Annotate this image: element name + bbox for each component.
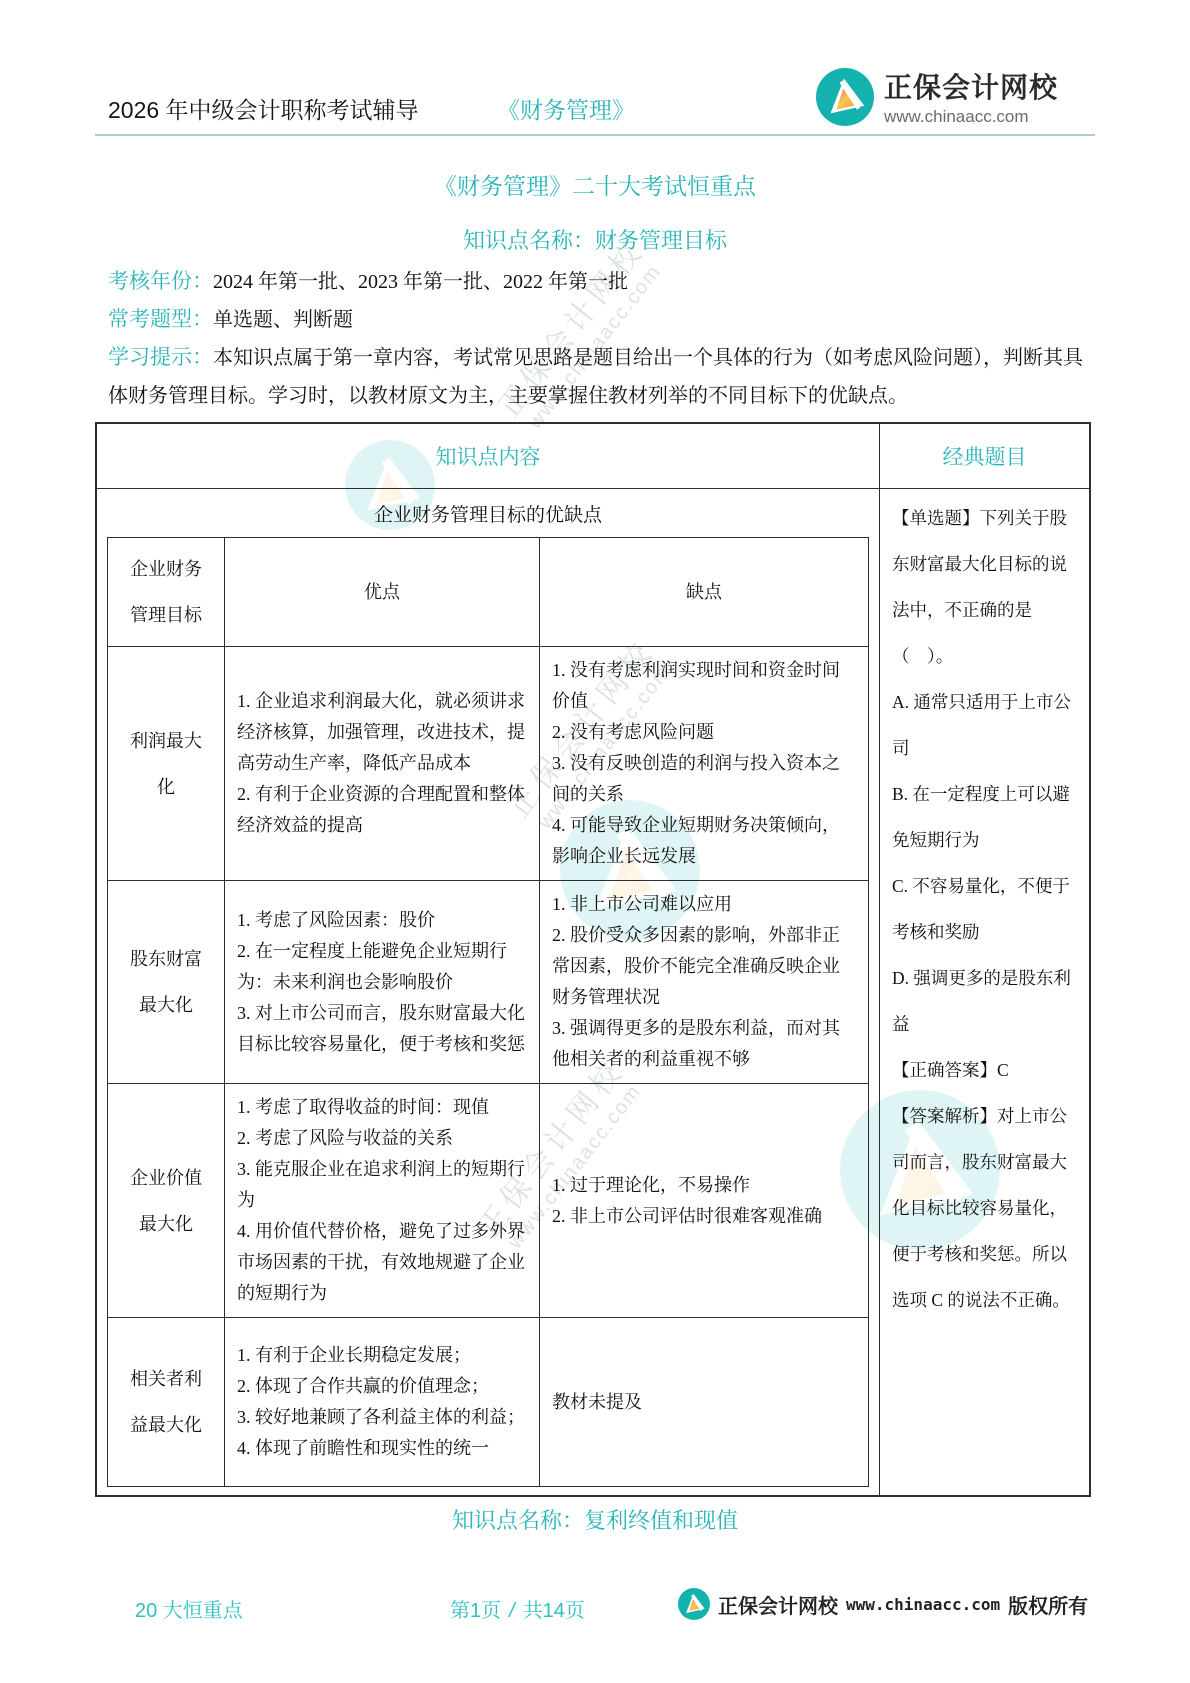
col-header-pros: 优点	[225, 538, 540, 647]
column-header-content: 知识点内容	[97, 424, 880, 489]
knowledge-point-heading-2: 知识点名称：复利终值和现值	[0, 1504, 1190, 1535]
goal-cell: 股东财富最大化	[108, 881, 225, 1084]
column-header-question: 经典题目	[880, 424, 1089, 489]
col-header-cons: 缺点	[540, 538, 868, 647]
content-title: 企业财务管理目标的优缺点	[97, 489, 879, 537]
question-cell: 【单选题】下列关于股东财富最大化目标的说法中，不正确的是（ ）。 A. 通常只适…	[880, 489, 1089, 1495]
meta-study-tip-label: 学习提示：	[108, 346, 213, 369]
meta-block: 考核年份：2024 年第一批、2023 年第一批、2022 年第一批 常考题型：…	[108, 263, 1093, 415]
doc-title: 《财务管理》二十大考试恒重点	[0, 168, 1190, 201]
header-divider	[95, 134, 1095, 136]
footer-brand-url: www.chinaacc.com	[846, 1595, 1000, 1614]
knowledge-point-table: 知识点内容 经典题目 企业财务管理目标的优缺点 企业财务管理目标 优点 缺点 利…	[95, 422, 1091, 1497]
knowledge-point-heading-1: 知识点名称：财务管理目标	[0, 224, 1190, 255]
pros-cell: 1. 考虑了风险因素：股价 2. 在一定程度上能避免企业短期行为：未来利润也会影…	[225, 881, 540, 1084]
goal-cell: 企业价值最大化	[108, 1084, 225, 1318]
meta-study-tip-value: 本知识点属于第一章内容，考试常见思路是题目给出一个具体的行为（如考虑风险问题），…	[108, 347, 1083, 407]
goal-cell: 相关者利益最大化	[108, 1318, 225, 1486]
cons-cell: 1. 过于理论化，不易操作 2. 非上市公司评估时很难客观准确	[540, 1084, 868, 1318]
cons-cell: 教材未提及	[540, 1318, 868, 1486]
footer-brand: 正保会计网校 www.chinaacc.com 版权所有	[678, 1588, 1088, 1620]
meta-question-types: 常考题型：单选题、判断题	[108, 301, 1093, 339]
header-subject: 《财务管理》	[497, 92, 635, 125]
cons-cell: 1. 非上市公司难以应用 2. 股价受众多因素的影响，外部非正常因素，股价不能完…	[540, 881, 868, 1084]
pros-cell: 1. 考虑了取得收益的时间：现值 2. 考虑了风险与收益的关系 3. 能克服企业…	[225, 1084, 540, 1318]
header-brand: 正保会计网校 www.chinaacc.com	[816, 66, 1058, 127]
footer-brand-name: 正保会计网校	[718, 1590, 838, 1619]
goal-cell: 利润最大化	[108, 647, 225, 881]
footer-page-separator: /	[501, 1600, 523, 1622]
footer-page-indicator: 第1页/共14页	[450, 1594, 585, 1623]
pros-cell: 1. 企业追求利润最大化，就必须讲求经济核算，加强管理，改进技术，提高劳动生产率…	[225, 647, 540, 881]
pros-cons-table: 企业财务管理目标 优点 缺点 利润最大化 1. 企业追求利润最大化，就必须讲求经…	[107, 537, 869, 1487]
brand-logo-icon	[816, 68, 874, 126]
brand-logo-icon	[678, 1588, 710, 1620]
document-page: 正保会计网校www.chinaacc.com 正保会计网校www.chinaac…	[0, 0, 1190, 1683]
footer-rights: 版权所有	[1008, 1590, 1088, 1619]
meta-study-tip: 学习提示：本知识点属于第一章内容，考试常见思路是题目给出一个具体的行为（如考虑风…	[108, 339, 1093, 415]
footer-page-current: 第1页	[450, 1600, 501, 1622]
footer: 20 大恒重点 第1页/共14页 正保会计网校 www.chinaacc.com…	[0, 1588, 1190, 1628]
meta-exam-years: 考核年份：2024 年第一批、2023 年第一批、2022 年第一批	[108, 263, 1093, 301]
meta-question-types-value: 单选题、判断题	[213, 309, 353, 331]
meta-exam-years-value: 2024 年第一批、2023 年第一批、2022 年第一批	[213, 271, 628, 293]
pros-cell: 1. 有利于企业长期稳定发展； 2. 体现了合作共赢的价值理念； 3. 较好地兼…	[225, 1318, 540, 1486]
brand-url: www.chinaacc.com	[884, 107, 1058, 127]
meta-question-types-label: 常考题型：	[108, 308, 213, 331]
cons-cell: 1. 没有考虑利润实现时间和资金时间价值 2. 没有考虑风险问题 3. 没有反映…	[540, 647, 868, 881]
footer-page-total: 共14页	[523, 1600, 585, 1622]
meta-exam-years-label: 考核年份：	[108, 270, 213, 293]
footer-series-label: 20 大恒重点	[135, 1594, 243, 1623]
col-header-goal: 企业财务管理目标	[108, 538, 225, 647]
content-cell: 企业财务管理目标的优缺点 企业财务管理目标 优点 缺点 利润最大化 1. 企业追…	[97, 489, 880, 1495]
brand-name: 正保会计网校	[884, 66, 1058, 106]
header-course-title: 2026 年中级会计职称考试辅导	[108, 92, 419, 125]
